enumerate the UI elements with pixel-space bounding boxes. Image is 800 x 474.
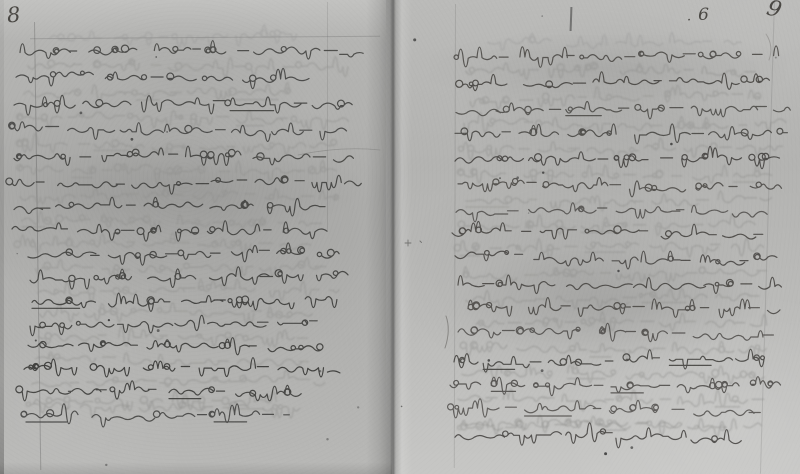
right-page-number-group: · 6	[687, 7, 711, 27]
right-page	[392, 0, 800, 474]
scan-bottom-shadow	[0, 462, 392, 474]
left-page	[0, 0, 386, 474]
right-page-number: 6	[698, 7, 711, 24]
scan-left-edge	[0, 0, 4, 474]
page-number-dot: ·	[687, 14, 693, 27]
left-page-number: 8	[6, 4, 21, 26]
manuscript-scan: 8 · 6 9	[0, 0, 800, 474]
